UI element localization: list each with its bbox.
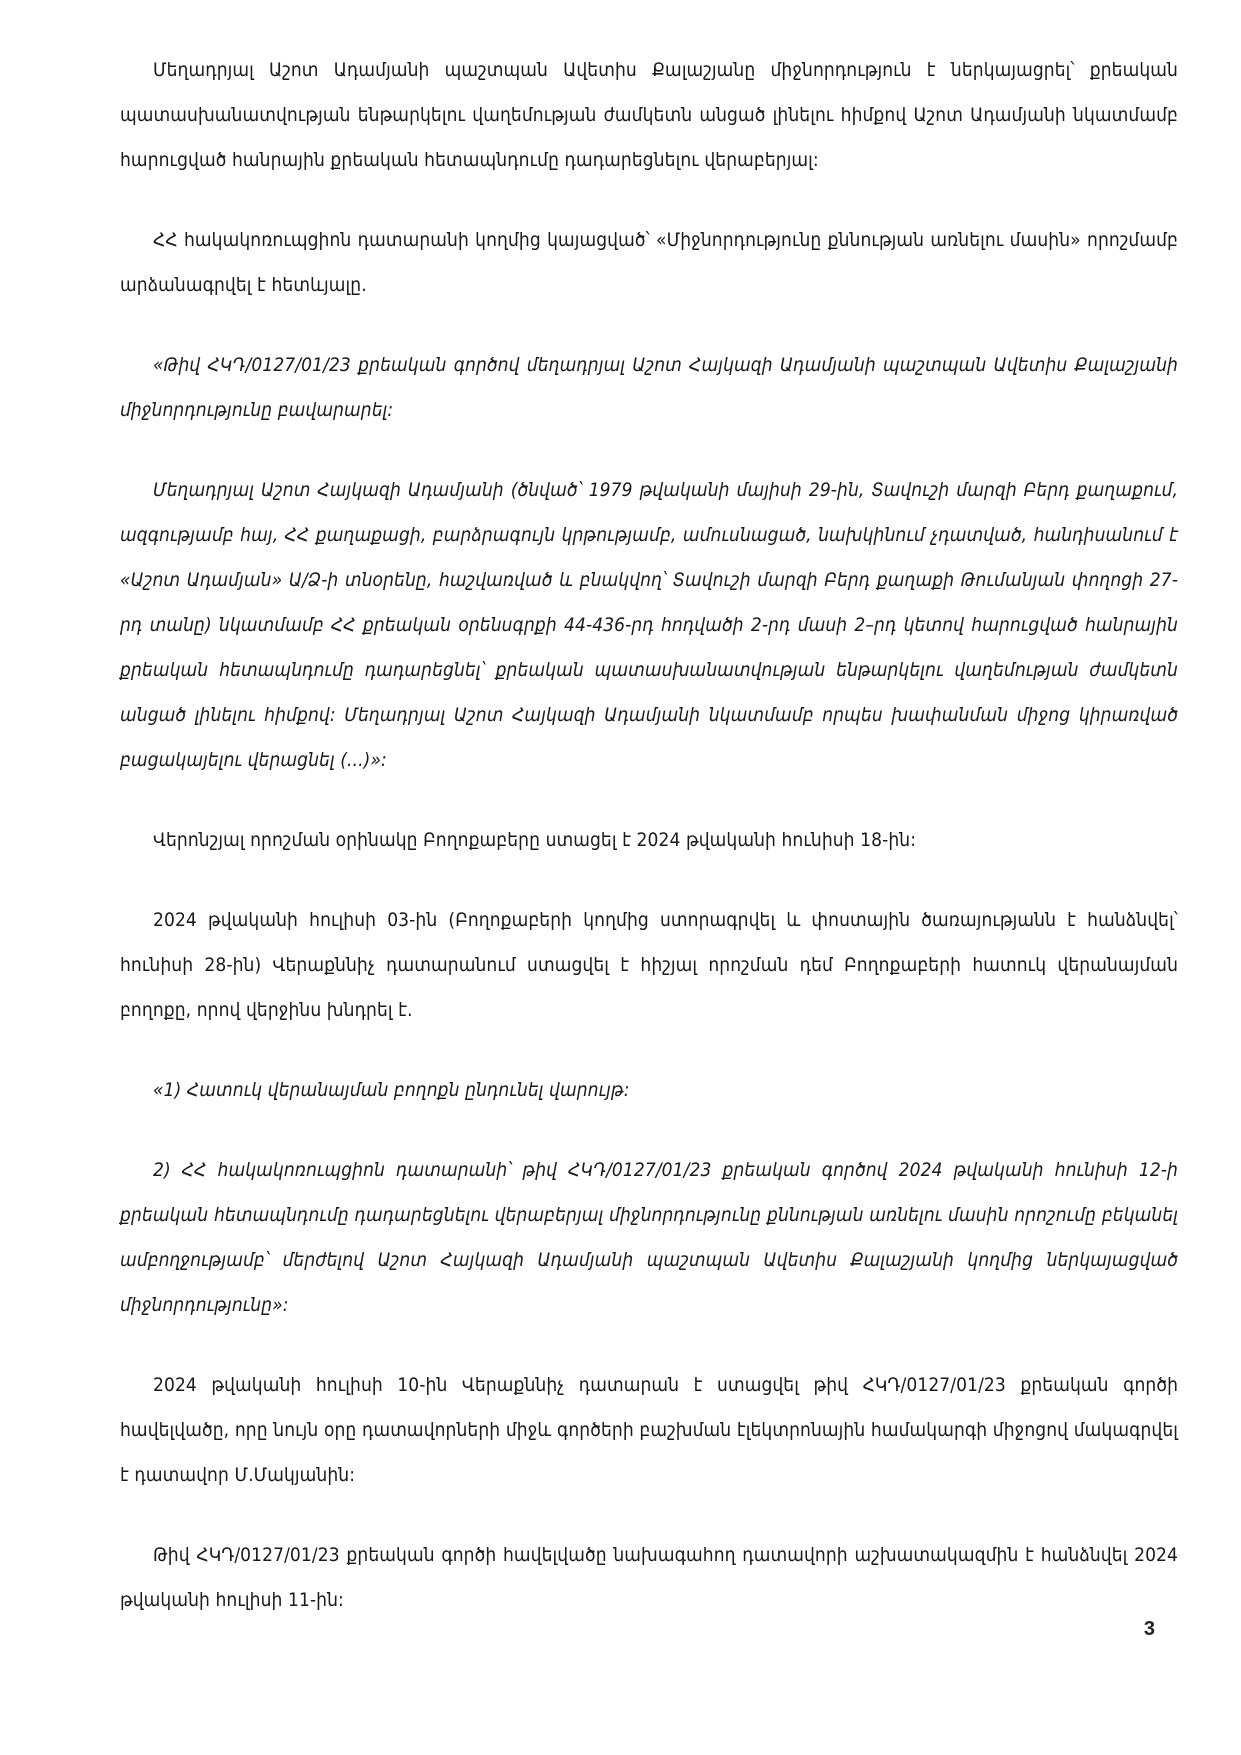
paragraph-quoted-ruling-2: Մեղադրյալ Աշոտ Հայկազի Ադամյանի (ծնված՝ … — [120, 468, 1178, 783]
paragraph-case-file-handed: Թիվ ՀԿԴ/0127/01/23 քրեական գործի հավելվա… — [120, 1533, 1178, 1623]
paragraph-quoted-ruling-1: «Թիվ ՀԿԴ/0127/01/23 քրեական գործով մեղադ… — [120, 343, 1178, 433]
paragraph-case-file-received: 2024 թվականի հուլիսի 10-ին Վերաքննիչ դատ… — [120, 1363, 1178, 1498]
paragraph-appeal-received: 2024 թվականի հուլիսի 03-ին (Բողոքաբերի կ… — [120, 898, 1178, 1033]
paragraph-defense-motion: Մեղադրյալ Աշոտ Ադամյանի պաշտպան Ավետիս Ք… — [120, 48, 1178, 183]
paragraph-court-decision-intro: ՀՀ հակակոռուպցիոն դատարանի կողմից կայացվ… — [120, 218, 1178, 308]
page-number: 3 — [1144, 1618, 1155, 1641]
paragraph-copy-received: Վերոնշյալ որոշման օրինակը Բողոքաբերը ստա… — [120, 818, 1178, 863]
paragraph-appeal-request-1: «1) Հատուկ վերանայման բողոքն ընդունել վա… — [120, 1068, 1178, 1113]
document-page: Մեղադրյալ Աշոտ Ադամյանի պաշտպան Ավետիս Ք… — [120, 48, 1178, 1658]
paragraph-appeal-request-2: 2) ՀՀ հակակոռուպցիոն դատարանի՝ թիվ ՀԿԴ/0… — [120, 1148, 1178, 1328]
